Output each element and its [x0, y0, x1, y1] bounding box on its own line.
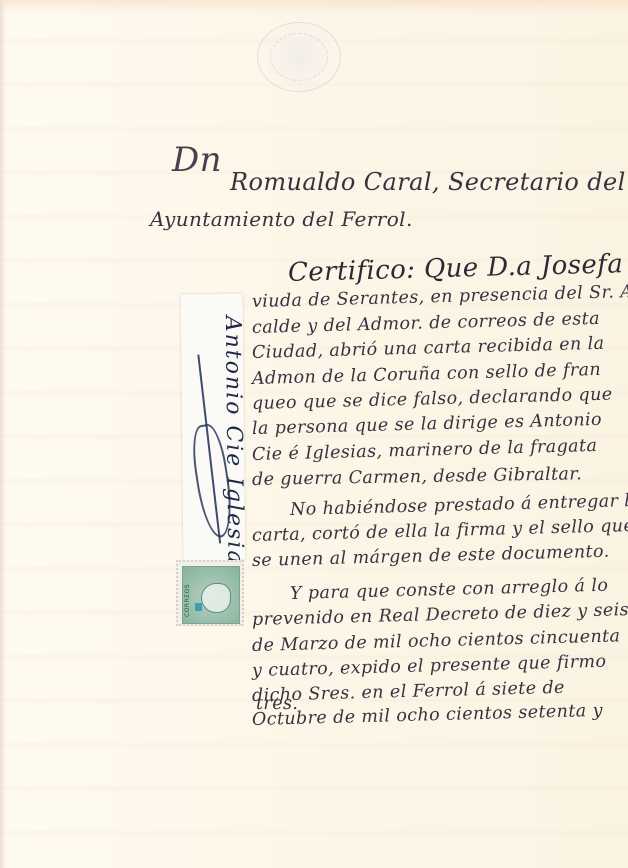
stamp-cancel-mark: [195, 603, 202, 611]
body-line: Octubre de mil ocho cientos setenta y: [252, 701, 603, 730]
body-line: No habiéndose prestado á entregar la: [290, 491, 628, 520]
body-line: Cie é Iglesias, marinero de la fragata: [252, 436, 598, 465]
salutation: Dn: [172, 140, 222, 180]
body-line: y cuatro, expido el presente que firmo: [252, 652, 607, 681]
body-line: Ciudad, abrió una carta recibida en la: [252, 334, 605, 363]
body-line: de guerra Carmen, desde Gibraltar.: [252, 464, 582, 490]
postage-stamp: CORREOS: [176, 560, 244, 626]
stamp-allegory-icon: [201, 583, 231, 613]
body-line: Certifico: Que D.a Josefa Bouza: [288, 247, 628, 288]
header-line-2: Ayuntamiento del Ferrol.: [150, 207, 413, 231]
document-page: Dn Romualdo Caral, Secretario del Ayunta…: [0, 0, 628, 868]
paper-edge: [0, 0, 6, 868]
body-line: dicho Sres. en el Ferrol á siete de: [252, 678, 565, 706]
seal-inner-ring: [270, 33, 328, 81]
body-line: tres.: [256, 694, 298, 714]
body-line: carta, cortó de ella la firma y el sello…: [252, 516, 628, 546]
header-line-1: Romualdo Caral, Secretario del: [230, 168, 626, 196]
body-line: calde y del Admor. de correos de esta: [252, 309, 600, 338]
body-line: queo que se dice falso, declarando que: [252, 385, 613, 414]
stamp-side-text: CORREOS: [184, 573, 192, 617]
body-line: la persona que se la dirige es Antonio: [252, 410, 602, 439]
embossed-seal-icon: [257, 22, 341, 92]
stamp-face: CORREOS: [182, 566, 240, 624]
body-line: Admon de la Coruña con sello de fran: [252, 360, 602, 389]
cut-signature: Antonio Cie Iglesias: [185, 316, 248, 580]
body-line: prevenido en Real Decreto de diez y seis: [252, 600, 628, 630]
body-line: Y para que conste con arreglo á lo: [290, 576, 609, 604]
attached-signature-strip: Antonio Cie Iglesias: [181, 294, 246, 561]
body-line: se unen al márgen de este documento.: [252, 542, 610, 571]
body-line: de Marzo de mil ocho cientos cincuenta: [252, 626, 621, 656]
